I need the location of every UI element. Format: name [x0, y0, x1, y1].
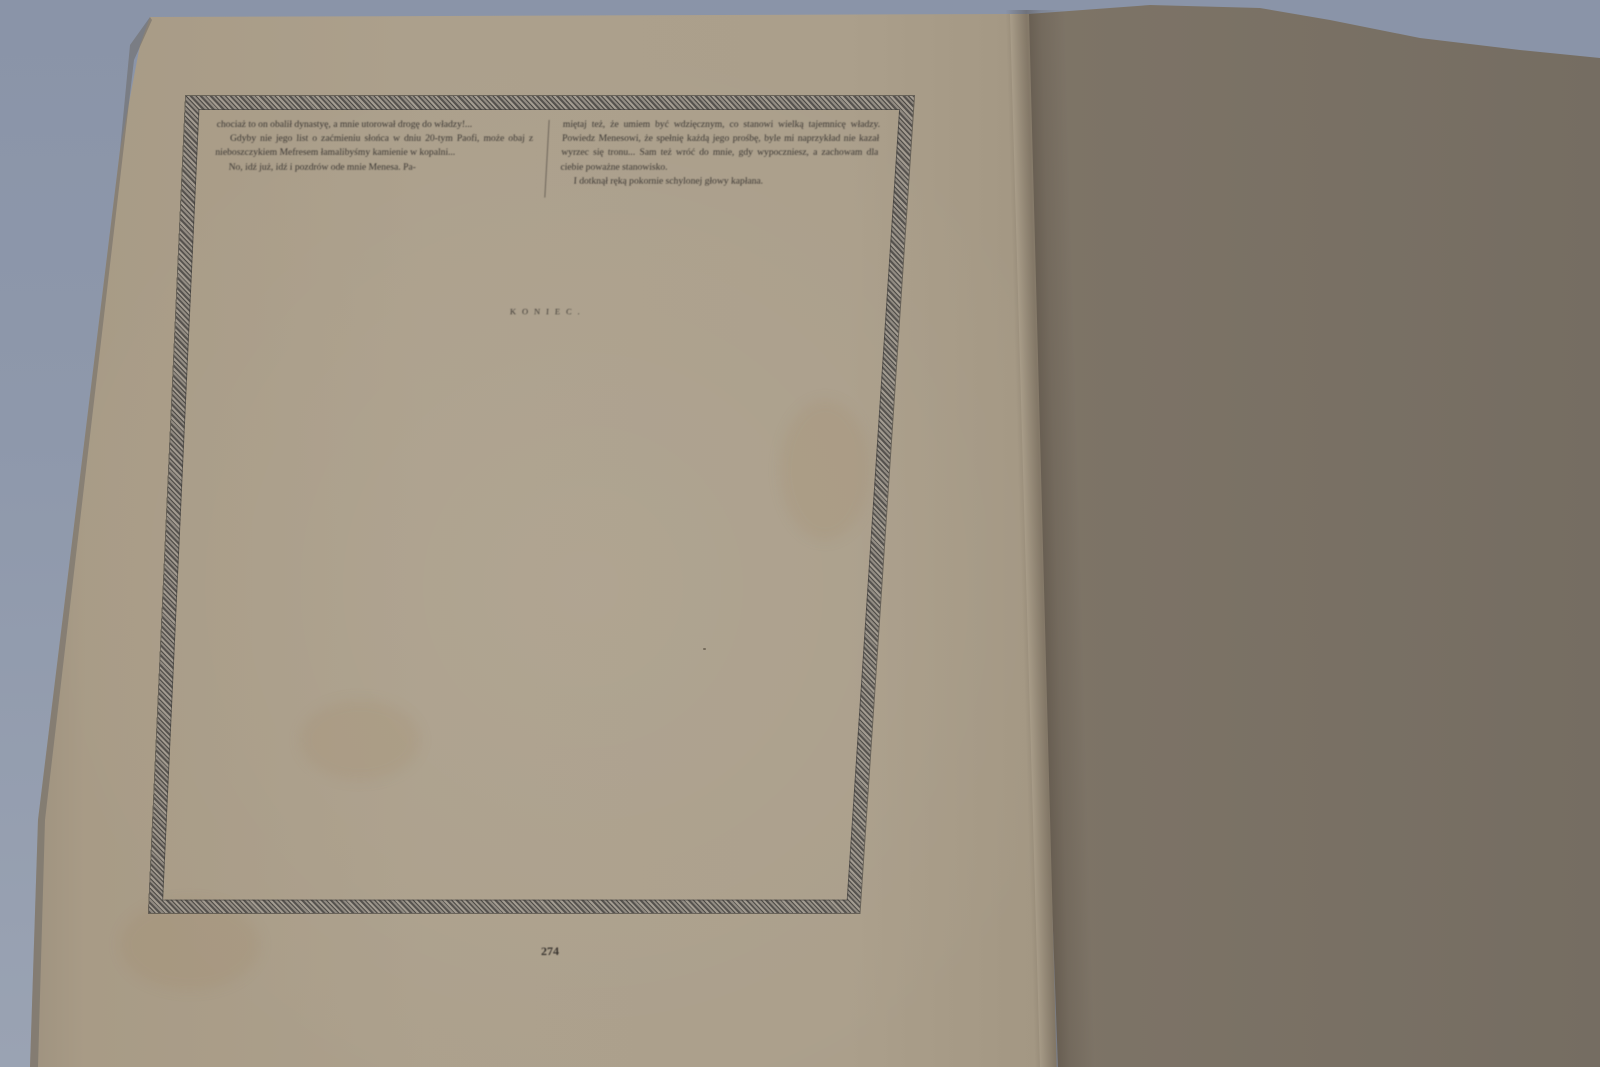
paragraph: I dotknął ręką pokornie schylonej głowy … — [559, 175, 877, 189]
paragraph: Gdyby nie jego list o zaćmieniu słońca w… — [215, 132, 533, 160]
paragraph: No, idź już, idź i pozdrów ode mnie Mene… — [214, 160, 532, 174]
text-column-right: miętaj też, że umiem być wdzięcznym, co … — [559, 118, 881, 198]
frame-outer-rule — [148, 95, 915, 914]
end-marker: KONIEC. — [196, 306, 900, 316]
book-photo-scene: chociaż to on obalił dynastyę, a mnie ut… — [0, 0, 1600, 1067]
text-column-left: chociaż to on obalił dynastyę, a mnie ut… — [213, 118, 534, 198]
column-divider — [544, 120, 549, 198]
text-columns: chociaż to on obalił dynastyę, a mnie ut… — [213, 118, 880, 198]
paragraph: miętaj też, że umiem być wdzięcznym, co … — [560, 118, 880, 175]
left-page: chociaż to on obalił dynastyę, a mnie ut… — [0, 0, 1060, 1067]
page-number: 274 — [541, 944, 559, 959]
paragraph: chociaż to on obalił dynastyę, a mnie ut… — [216, 118, 534, 132]
ornamental-page-frame: chociaż to on obalił dynastyę, a mnie ut… — [149, 96, 914, 913]
